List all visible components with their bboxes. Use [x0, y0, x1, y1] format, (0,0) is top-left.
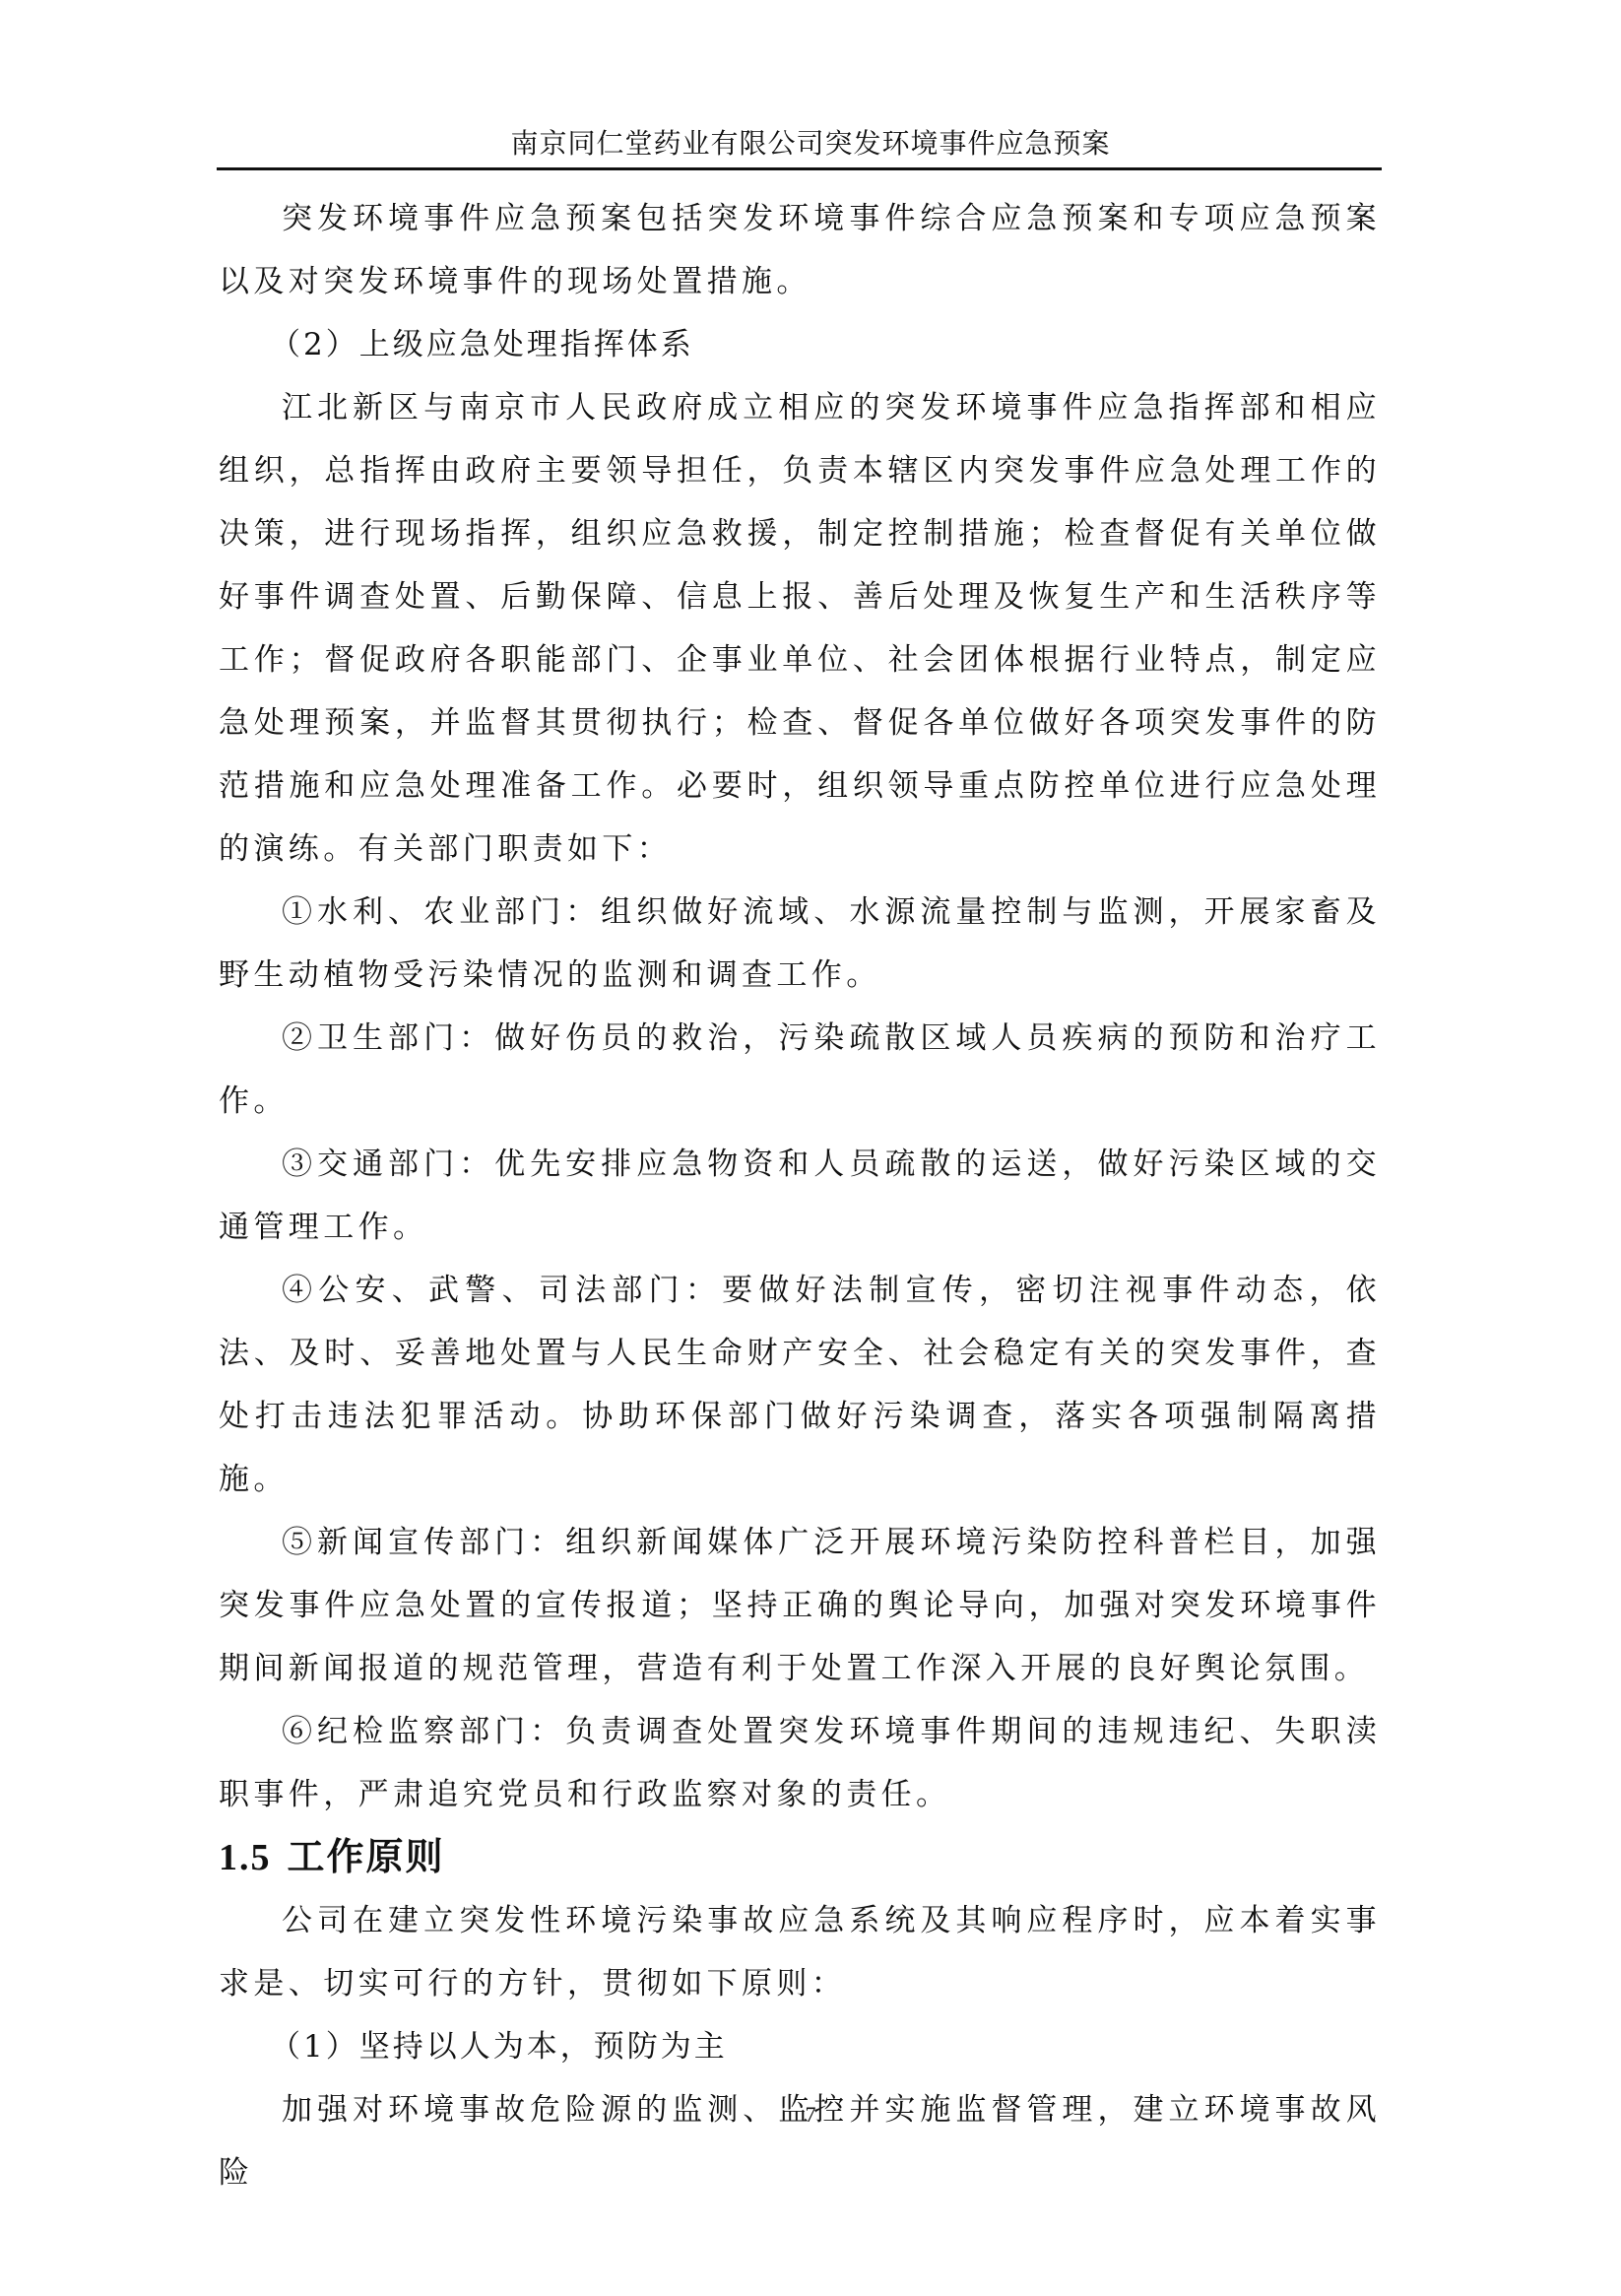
command-paragraph: 江北新区与南京市人民政府成立相应的突发环境事件应急指挥部和相应组织，总指挥由政府…	[219, 376, 1381, 881]
page-number: 7	[0, 2102, 1621, 2128]
principle-1-paragraph: 加强对环境事故危险源的监测、监控并实施监督管理，建立环境事故风险	[219, 2078, 1381, 2204]
department-item-press: ⑤新闻宣传部门：组织新闻媒体广泛开展环境污染防控科普栏目，加强突发事件应急处置的…	[219, 1511, 1381, 1700]
header-divider	[217, 167, 1382, 170]
department-item-discipline: ⑥纪检监察部门：负责调查处置突发环境事件期间的违规违纪、失职渎职事件，严肃追究党…	[219, 1700, 1381, 1826]
department-item-transport: ③交通部门：优先安排应急物资和人员疏散的运送，做好污染区域的交通管理工作。	[219, 1133, 1381, 1259]
department-item-public-security: ④公安、武警、司法部门：要做好法制宣传，密切注视事件动态，依法、及时、妥善地处置…	[219, 1259, 1381, 1511]
section-title: 工作原则	[288, 1837, 445, 1878]
section-heading: 1.5工作原则	[219, 1826, 1381, 1889]
document-header-title: 南京同仁堂药业有限公司突发环境事件应急预案	[0, 122, 1621, 162]
subheading-command-system: （2）上级应急处理指挥体系	[219, 313, 1381, 376]
page-body: 突发环境事件应急预案包括突发环境事件综合应急预案和专项应急预案以及对突发环境事件…	[219, 187, 1381, 2204]
department-item-water-agriculture: ①水利、农业部门：组织做好流域、水源流量控制与监测，开展家畜及野生动植物受污染情…	[219, 881, 1381, 1007]
section-number: 1.5	[219, 1837, 272, 1878]
principles-intro-paragraph: 公司在建立突发性环境污染事故应急系统及其响应程序时，应本着实事求是、切实可行的方…	[219, 1889, 1381, 2015]
subheading-people-first: （1）坚持以人为本，预防为主	[219, 2015, 1381, 2078]
department-item-health: ②卫生部门：做好伤员的救治，污染疏散区域人员疾病的预防和治疗工作。	[219, 1007, 1381, 1133]
intro-paragraph: 突发环境事件应急预案包括突发环境事件综合应急预案和专项应急预案以及对突发环境事件…	[219, 187, 1381, 313]
